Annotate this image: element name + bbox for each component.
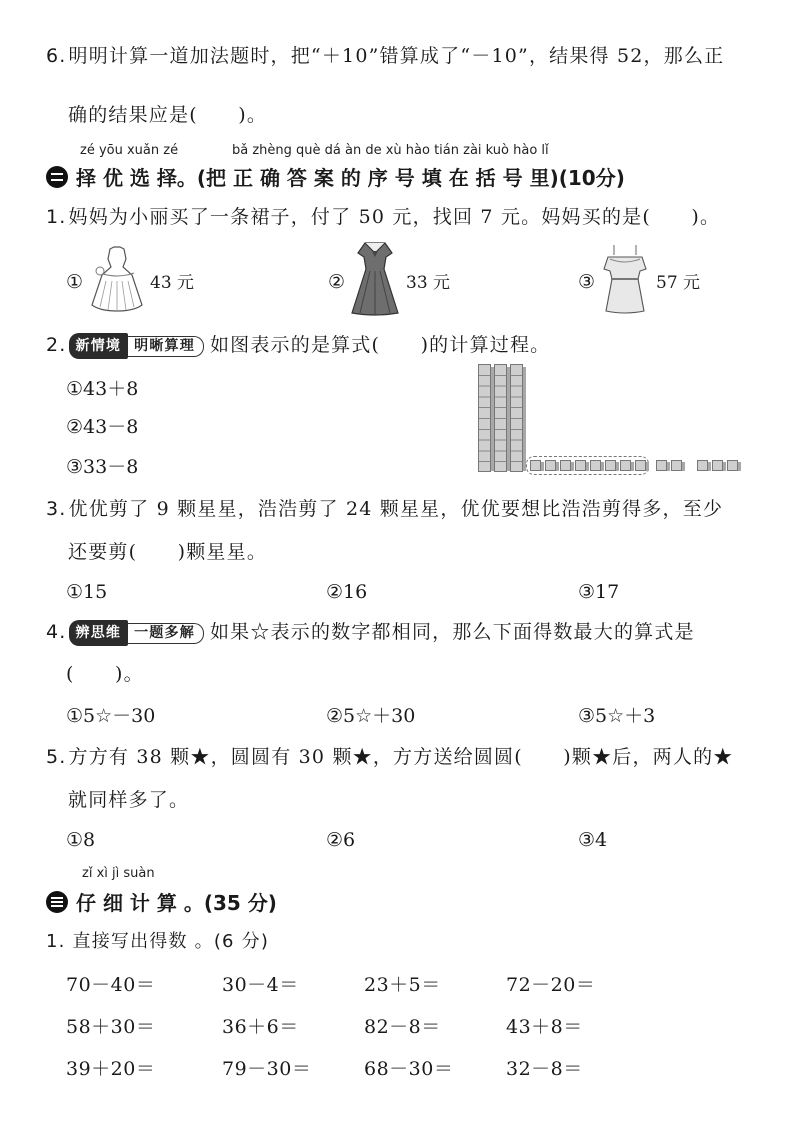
option-2[interactable]: ②5☆＋30 xyxy=(326,704,415,728)
question-text: 如图表示的是算式( )的计算过程。 xyxy=(210,334,550,356)
option-1[interactable]: ①8 xyxy=(66,828,95,852)
unit-cube xyxy=(590,460,601,471)
unit-cube xyxy=(605,460,616,471)
tens-rod xyxy=(494,364,507,472)
white-dress-image xyxy=(88,245,146,313)
option-3[interactable]: ③4 xyxy=(578,828,607,852)
calc-item: 32－8＝ xyxy=(506,1054,583,1081)
calc-item: 82－8＝ xyxy=(364,1012,441,1039)
unit-cube xyxy=(671,460,682,471)
option-3[interactable]: ③17 xyxy=(578,580,619,604)
option-1[interactable]: ①43＋8 xyxy=(66,377,138,401)
option-3-price: 57 元 xyxy=(656,268,700,293)
question-number: 4. xyxy=(46,621,67,643)
question-4-line-2: ( )。 xyxy=(66,662,144,686)
unit-cube xyxy=(712,460,723,471)
calc-item: 43＋8＝ xyxy=(506,1012,583,1039)
section-3-heading: 仔 细 计 算 。(35 分) xyxy=(46,887,277,916)
question-text: 优优剪了 9 颗星星，浩浩剪了 24 颗星星，优优要想比浩浩剪得多，至少 xyxy=(69,498,724,520)
option-3[interactable]: ③5☆＋3 xyxy=(578,704,655,728)
calc-item: 79－30＝ xyxy=(222,1054,311,1081)
section-3-pinyin: zǐ xì jì suàn xyxy=(82,866,155,881)
option-3-marker[interactable]: ③ xyxy=(578,270,595,294)
option-2[interactable]: ②43－8 xyxy=(66,415,138,439)
question-text: 方方有 38 颗★，圆圆有 30 颗★，方方送给圆圆( )颗★后，两人的★ xyxy=(69,746,734,768)
question-3-line-2: 还要剪( )颗星星。 xyxy=(68,540,267,564)
section-2-pinyin-left: zé yōu xuǎn zé xyxy=(80,143,178,158)
question-5-line-2: 就同样多了。 xyxy=(68,788,189,812)
calc-item: 58＋30＝ xyxy=(66,1012,155,1039)
calc-item: 68－30＝ xyxy=(364,1054,453,1081)
calc-item: 39＋20＝ xyxy=(66,1054,155,1081)
circled-number-two-icon xyxy=(46,166,68,188)
unit-cube xyxy=(727,460,738,471)
tag-new-context: 新情境明晰算理 xyxy=(69,333,204,359)
option-1-price: 43 元 xyxy=(150,268,194,293)
calc-item: 23＋5＝ xyxy=(364,970,441,997)
question-text: 妈妈为小丽买了一条裙子，付了 50 元，找回 7 元。妈妈买的是( )。 xyxy=(69,206,721,228)
place-value-blocks-figure xyxy=(478,364,748,476)
section-2-title: 择 优 选 择。(把 正 确 答 案 的 序 号 填 在 括 号 里)(10分) xyxy=(76,166,625,190)
circled-number-three-icon xyxy=(46,891,68,913)
question-number: 6. xyxy=(46,45,67,67)
option-3[interactable]: ③33－8 xyxy=(66,455,138,479)
unit-cube xyxy=(697,460,708,471)
question-text: 明明计算一道加法题时，把“＋10”错算成了“－10”，结果得 52，那么正 xyxy=(69,45,725,67)
question-text: 如果☆表示的数字都相同，那么下面得数最大的算式是 xyxy=(210,621,695,643)
light-dress-image xyxy=(600,243,650,315)
section-2-pinyin-right: bǎ zhèng què dá àn de xù hào tián zài ku… xyxy=(232,143,549,158)
unit-cube xyxy=(545,460,556,471)
option-2[interactable]: ②6 xyxy=(326,828,355,852)
tens-rod xyxy=(478,364,491,472)
question-number: 1. xyxy=(46,206,67,228)
option-2-price: 33 元 xyxy=(406,268,450,293)
unit-cube xyxy=(620,460,631,471)
subsection-1-heading: 1. 直接写出得数 。(6 分) xyxy=(46,930,269,954)
calc-item: 36＋6＝ xyxy=(222,1012,299,1039)
question-1: 1.妈妈为小丽买了一条裙子，付了 50 元，找回 7 元。妈妈买的是( )。 xyxy=(46,205,720,229)
question-number: 5. xyxy=(46,746,67,768)
question-5-line-1: 5.方方有 38 颗★，圆圆有 30 颗★，方方送给圆圆( )颗★后，两人的★ xyxy=(46,745,733,769)
option-1-marker[interactable]: ① xyxy=(66,270,83,294)
unit-cube xyxy=(575,460,586,471)
tag-thinking: 辨思维一题多解 xyxy=(69,620,204,646)
calc-item: 70－40＝ xyxy=(66,970,155,997)
option-2-marker[interactable]: ② xyxy=(328,270,345,294)
question-number: 2. xyxy=(46,334,67,356)
question-6-line-2: 确的结果应是( )。 xyxy=(68,103,267,127)
question-4-line-1: 4.辨思维一题多解如果☆表示的数字都相同，那么下面得数最大的算式是 xyxy=(46,620,695,646)
question-2: 2.新情境明晰算理如图表示的是算式( )的计算过程。 xyxy=(46,333,550,359)
question-number: 3. xyxy=(46,498,67,520)
calc-item: 30－4＝ xyxy=(222,970,299,997)
dark-dress-image xyxy=(350,241,400,317)
unit-cube xyxy=(635,460,646,471)
calc-item: 72－20＝ xyxy=(506,970,595,997)
section-3-title: 仔 细 计 算 。(35 分) xyxy=(76,891,277,915)
unit-cube xyxy=(656,460,667,471)
option-2[interactable]: ②16 xyxy=(326,580,367,604)
question-3-line-1: 3.优优剪了 9 颗星星，浩浩剪了 24 颗星星，优优要想比浩浩剪得多，至少 xyxy=(46,497,723,521)
unit-cube xyxy=(530,460,541,471)
section-2-heading: 择 优 选 择。(把 正 确 答 案 的 序 号 填 在 括 号 里)(10分) xyxy=(46,162,625,191)
option-1[interactable]: ①15 xyxy=(66,580,107,604)
option-1[interactable]: ①5☆－30 xyxy=(66,704,155,728)
unit-cube xyxy=(560,460,571,471)
question-6-line-1: 6.明明计算一道加法题时，把“＋10”错算成了“－10”，结果得 52，那么正 xyxy=(46,44,724,68)
tens-rod xyxy=(510,364,523,472)
